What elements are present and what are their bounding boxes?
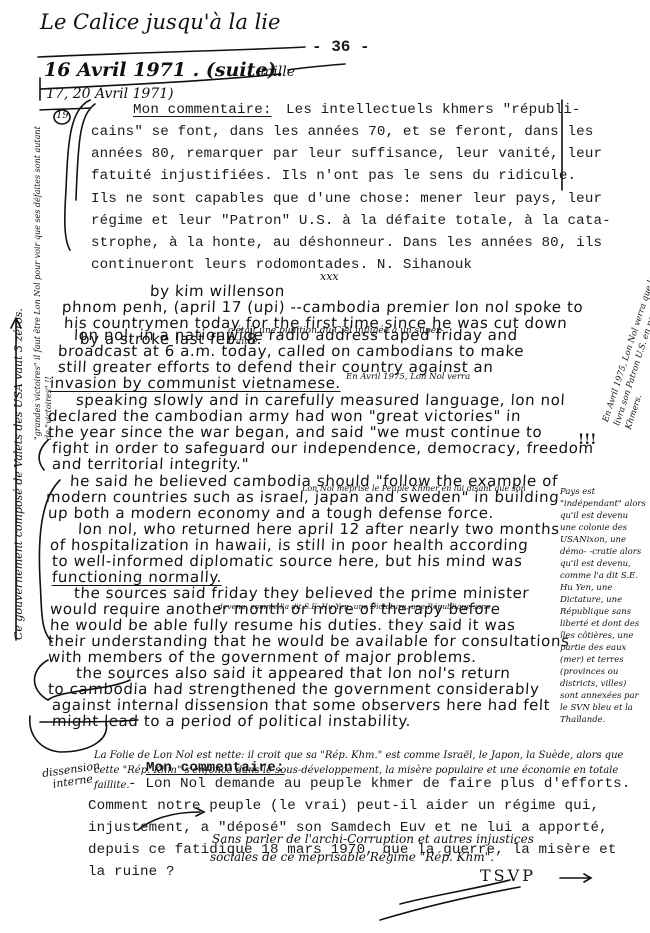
commentary-line: cains" se font, dans les années 70, et s… bbox=[91, 124, 594, 140]
commentary-line: la ruine ? bbox=[88, 864, 175, 880]
commentary-line: Ils ne sont capables que d'une chose: me… bbox=[91, 191, 602, 207]
commentary-line: Les intellectuels khmers "républi- bbox=[286, 102, 581, 118]
commentary-line: continueront leurs rodomontades. N. Siha… bbox=[91, 257, 472, 273]
separator-mark: xxx bbox=[320, 270, 339, 283]
annotation-mepris: Lon Nol méprise le Peuple Khmer en lui d… bbox=[302, 484, 526, 493]
annotation-stroke-note: c'était une punition du Ciel infligée à … bbox=[228, 326, 448, 348]
commentary-line: années 80, remarquer par leur suffisance… bbox=[91, 146, 602, 162]
annotation-closing-2: sociales de ce méprisable Régime "Rép. K… bbox=[210, 850, 494, 864]
commentary-line: fatuité injustifiées. Ils n'ont pas le s… bbox=[91, 168, 576, 184]
date-heading: 16 Avril 1971 . (suite). bbox=[44, 59, 283, 81]
tsvp-label: TSVP bbox=[480, 866, 536, 885]
date-subheading: 17, 20 Avril 1971) bbox=[46, 86, 174, 102]
margin-number: 19 bbox=[56, 110, 69, 121]
commentary-label: Mon commentaire: bbox=[146, 760, 285, 776]
commentary-line: Comment notre peuple (le vrai) peut-il a… bbox=[88, 798, 599, 814]
article-line: and territorial integrity." bbox=[52, 455, 250, 473]
page-number: - 36 - bbox=[312, 38, 370, 56]
commentary-label: Mon commentaire: bbox=[133, 102, 272, 118]
annotation-right-margin: Pays est "indépendant" alors qu'il est d… bbox=[560, 486, 646, 726]
document-title: Le Calice jusqu'à la lie bbox=[40, 10, 280, 34]
annotation-left-margin-top: Ce gouvernement composé de Valets des US… bbox=[12, 308, 25, 640]
commentary-line: strophe, à la honte, au déshonneur. Dans… bbox=[91, 235, 602, 251]
annotation-avril-1975-margin: En Avril 1975, Lon Nol verra que le Peup… bbox=[600, 97, 650, 431]
annotation-avril-1975: En Avril 1975, Lon Nol verra bbox=[346, 372, 470, 382]
article-line: might lead to a period of political inst… bbox=[52, 712, 412, 730]
exclaim-mark: !!! bbox=[578, 432, 596, 448]
annotation-closing-1: Sans parler de l'archi-Corruption et aut… bbox=[212, 832, 534, 846]
article-line: invasion by communist vietnamese. bbox=[50, 374, 342, 392]
annotation-devenu: devenu, comme l'a dit S.E. Hu Yen, une D… bbox=[218, 602, 490, 611]
commentary-line: - Lon Nol demande au peuple khmer de fai… bbox=[128, 776, 631, 792]
signature-mark: mille bbox=[260, 64, 295, 80]
commentary-line: régime et leur "Patron" U.S. à la défait… bbox=[91, 213, 611, 229]
annotation-left-margin-victoires: "grandes victoires" il faut être Lon Nol… bbox=[32, 120, 54, 440]
